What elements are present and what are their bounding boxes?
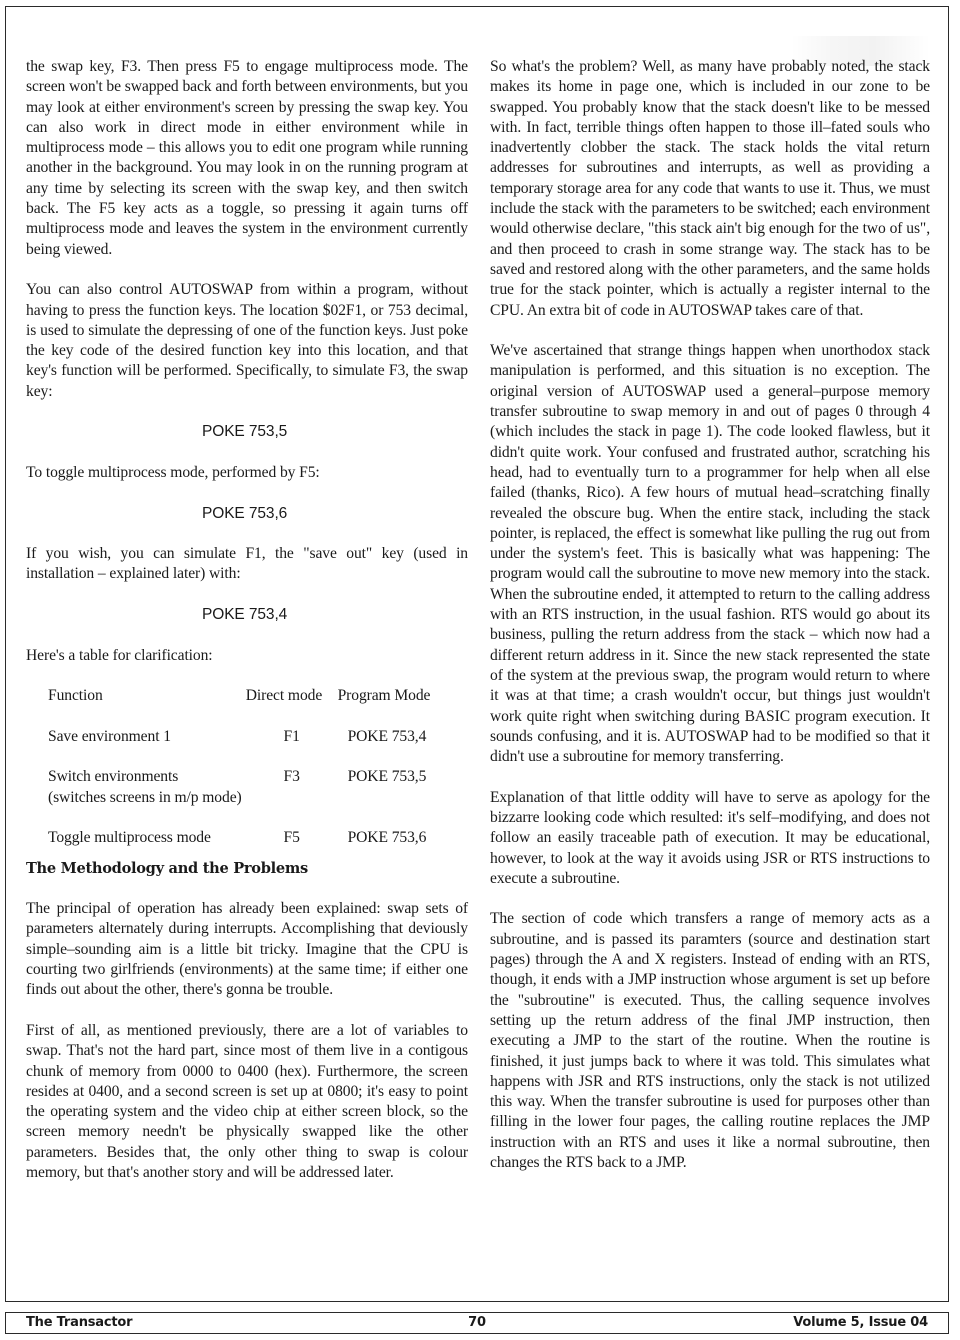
direct-mode-cell: F3 xyxy=(246,767,338,828)
paragraph: To toggle multiprocess mode, performed b… xyxy=(26,463,468,483)
left-column: the swap key, F3. Then press F5 to engag… xyxy=(26,57,468,1204)
issue-label: Volume 5, Issue 04 xyxy=(793,1313,928,1332)
column-header-function: Function xyxy=(48,686,246,727)
table-row: Toggle multiprocess mode F5 POKE 753,6 xyxy=(48,828,468,848)
code-line: POKE 753,4 xyxy=(26,605,468,625)
function-cell: Save environment 1 xyxy=(48,727,246,768)
right-column: So what's the problem? Well, as many hav… xyxy=(490,57,930,1194)
paragraph: If you wish, you can simulate F1, the "s… xyxy=(26,544,468,585)
program-mode-cell: POKE 753,4 xyxy=(338,727,468,768)
page-footer: The Transactor 70 Volume 5, Issue 04 xyxy=(5,1312,949,1334)
paragraph: the swap key, F3. Then press F5 to engag… xyxy=(26,57,468,260)
function-cell: Toggle multiprocess mode xyxy=(48,828,246,848)
function-key-table: Function Direct mode Program Mode Save e… xyxy=(48,686,468,848)
program-mode-cell: POKE 753,5 xyxy=(338,767,468,828)
section-heading: The Methodology and the Problems xyxy=(26,859,468,879)
column-header-program-mode: Program Mode xyxy=(338,686,468,727)
function-cell: Switch environments (switches screens in… xyxy=(48,767,246,828)
function-label: Switch environments xyxy=(48,767,246,787)
column-header-direct-mode: Direct mode xyxy=(246,686,338,727)
paragraph: We've ascertained that strange things ha… xyxy=(490,341,930,767)
direct-mode-cell: F5 xyxy=(246,828,338,848)
direct-mode-cell: F1 xyxy=(246,727,338,768)
table-row: Switch environments (switches screens in… xyxy=(48,767,468,828)
paragraph: So what's the problem? Well, as many hav… xyxy=(490,57,930,321)
table-row: Save environment 1 F1 POKE 753,4 xyxy=(48,727,468,768)
paragraph: The principal of operation has already b… xyxy=(26,899,468,1000)
paragraph: First of all, as mentioned previously, t… xyxy=(26,1021,468,1183)
paragraph: The section of code which transfers a ra… xyxy=(490,909,930,1173)
function-note: (switches screens in m/p mode) xyxy=(48,788,246,808)
code-line: POKE 753,6 xyxy=(26,504,468,524)
program-mode-cell: POKE 753,6 xyxy=(338,828,468,848)
paragraph: You can also control AUTOSWAP from withi… xyxy=(26,280,468,402)
paragraph: Here's a table for clarification: xyxy=(26,646,468,666)
table-header-row: Function Direct mode Program Mode xyxy=(48,686,468,727)
paragraph: Explanation of that little oddity will h… xyxy=(490,788,930,889)
code-line: POKE 753,5 xyxy=(26,422,468,442)
